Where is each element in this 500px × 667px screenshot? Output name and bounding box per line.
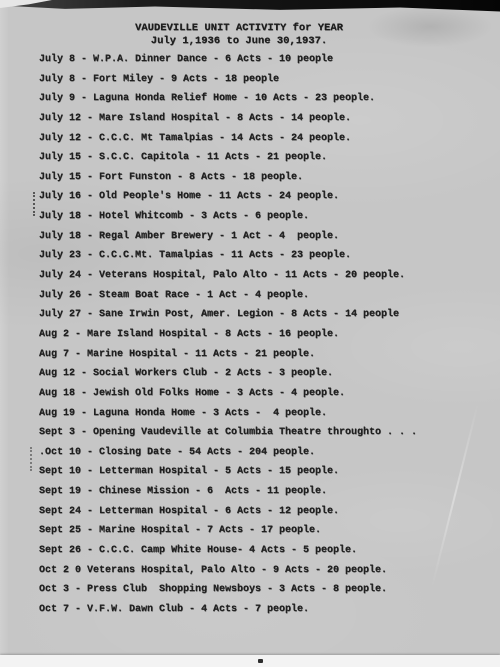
document-line: Aug 19 - Laguna Honda Home - 3 Acts - 4 … (39, 408, 499, 428)
document-line: July 8 - W.P.A. Dinner Dance - 6 Acts - … (39, 54, 499, 74)
document-line: July 18 - Hotel Whitcomb - 3 Acts - 6 pe… (39, 211, 499, 231)
document-line: Oct 2 0 Veterans Hospital, Palo Alto - 9… (39, 565, 499, 585)
document-line: Sept 25 - Marine Hospital - 7 Acts - 17 … (39, 525, 499, 545)
document-line: July 16 - Old People's Home - 11 Acts - … (39, 191, 499, 211)
document-line: .Oct 10 - Closing Date - 54 Acts - 204 p… (39, 447, 499, 467)
document-line: July 8 - Fort Miley - 9 Acts - 18 people (39, 74, 499, 94)
scanned-document-page: VAUDEVILLE UNIT ACTIVITY for YEAR July 1… (0, 0, 500, 667)
document-line: Oct 7 - V.F.W. Dawn Club - 4 Acts - 7 pe… (39, 604, 499, 624)
document-line: Aug 2 - Mare Island Hospital - 8 Acts - … (39, 329, 499, 349)
document-line: July 23 - C.C.C.Mt. Tamalpias - 11 Acts … (39, 250, 499, 270)
document-line: July 15 - S.C.C. Capitola - 11 Acts - 21… (39, 152, 499, 172)
document-line: July 9 - Laguna Honda Relief Home - 10 A… (39, 93, 499, 113)
document-line: July 12 - Mare Island Hospital - 8 Acts … (39, 113, 499, 133)
document-line: Aug 7 - Marine Hospital - 11 Acts - 21 p… (39, 349, 499, 369)
scan-speck (258, 659, 263, 663)
scan-top-edge-artifact (0, 0, 500, 13)
document-line: Oct 3 - Press Club Shopping Newsboys - 3… (39, 584, 499, 604)
document-line: Aug 12 - Social Workers Club - 2 Acts - … (39, 368, 499, 388)
scan-margin-mark (33, 192, 35, 216)
entry-list: July 8 - W.P.A. Dinner Dance - 6 Acts - … (39, 54, 499, 624)
document-line: July 26 - Steam Boat Race - 1 Act - 4 pe… (39, 290, 499, 310)
document-line: July 15 - Fort Funston - 8 Acts - 18 peo… (39, 172, 499, 192)
document-line: July 12 - C.C.C. Mt Tamalpias - 14 Acts … (39, 133, 499, 153)
document-line: Sept 19 - Chinese Mission - 6 Acts - 11 … (39, 486, 499, 506)
document-line: July 24 - Veterans Hospital, Palo Alto -… (39, 270, 499, 290)
document-subtitle: July 1,1936 to June 30,1937. (0, 35, 478, 47)
scan-margin-mark (30, 447, 32, 471)
document-line: July 27 - Sane Irwin Post, Amer. Legion … (39, 309, 499, 329)
document-title: VAUDEVILLE UNIT ACTIVITY for YEAR (0, 22, 478, 34)
document-line: Sept 26 - C.C.C. Camp White House- 4 Act… (39, 545, 499, 565)
document-line: July 18 - Regal Amber Brewery - 1 Act - … (39, 231, 499, 251)
scan-bottom-edge (0, 655, 500, 667)
document-line: Sept 3 - Opening Vaudeville at Columbia … (39, 427, 499, 447)
document-line: Sept 24 - Letterman Hospital - 6 Acts - … (39, 506, 499, 526)
document-line: Aug 18 - Jewish Old Folks Home - 3 Acts … (39, 388, 499, 408)
document-line: Sept 10 - Letterman Hospital - 5 Acts - … (39, 466, 499, 486)
